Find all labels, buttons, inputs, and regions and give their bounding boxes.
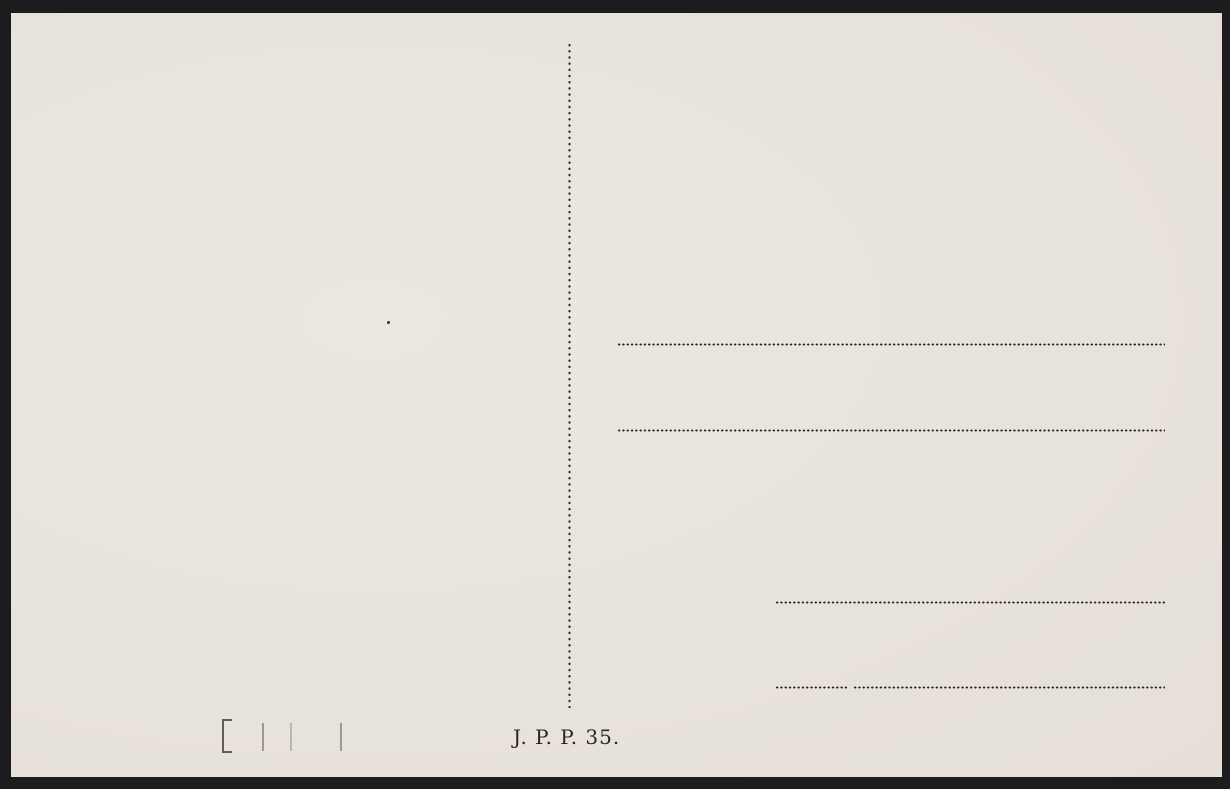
address-line-4a [775,686,847,689]
center-divider-dotted-line [568,42,571,708]
publisher-code: J. P. P. 35. [513,725,620,749]
paper-speck [387,321,390,324]
postcard-back: J. P. P. 35. [11,13,1222,777]
address-line-4b [853,686,1165,689]
tick-mark [340,723,342,751]
tick-mark [290,723,292,751]
address-line-3 [775,601,1165,604]
tick-mark [262,723,264,751]
address-line-2 [617,429,1165,432]
bracket-mark [222,719,232,753]
address-line-1 [617,343,1165,346]
